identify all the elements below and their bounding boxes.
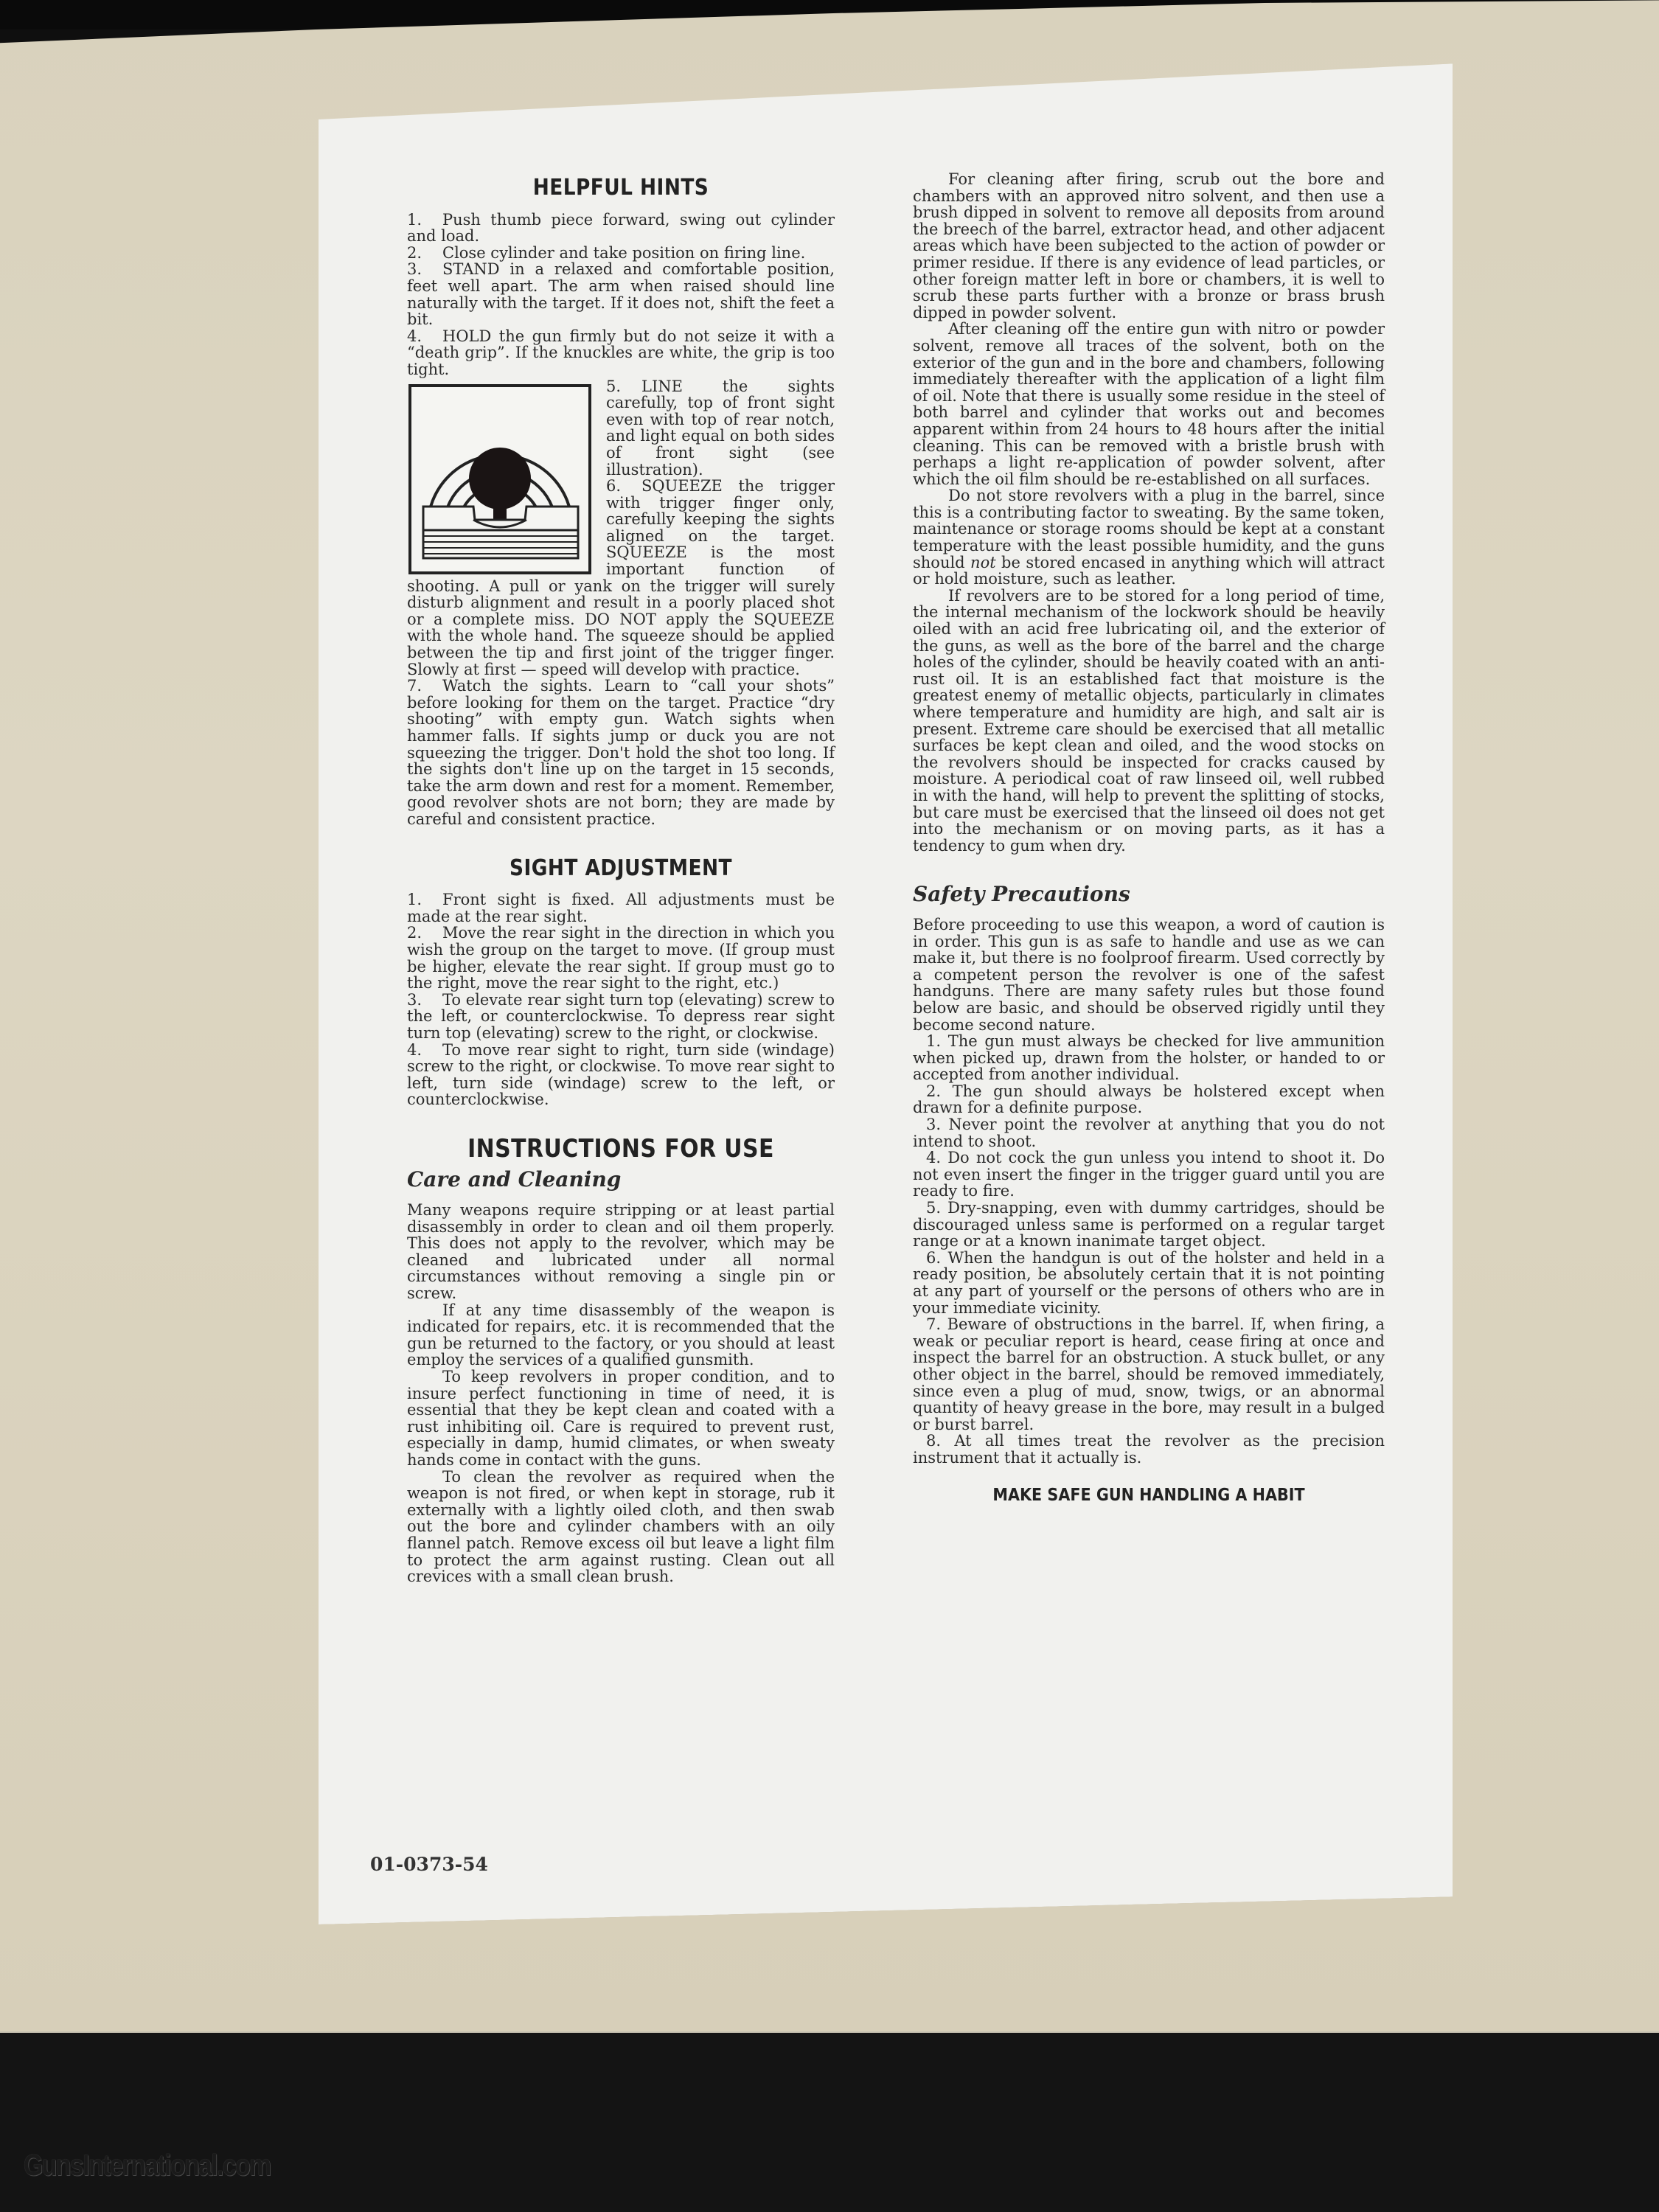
safety-intro: Before proceeding to use this weapon, a … xyxy=(913,917,1385,1033)
dark-background-bottom xyxy=(0,2031,1659,2212)
hint-item: 1.Push thumb piece forward, swing out cy… xyxy=(407,212,835,245)
sight-adjustment-heading: SIGHT ADJUSTMENT xyxy=(433,860,809,877)
hints-with-illustration: 5.LINE the sights carefully, top of fron… xyxy=(407,378,835,678)
safety-motto: MAKE SAFE GUN HANDLING A HABIT xyxy=(936,1487,1361,1504)
care-paragraph: If at any time disassembly of the weapon… xyxy=(407,1302,835,1368)
sight-alignment-illustration-icon xyxy=(407,383,593,576)
form-number: 01-0373-54 xyxy=(370,1854,488,1875)
care-paragraph: Many weapons require stripping or at lea… xyxy=(407,1202,835,1302)
hint-item: 7.Watch the sights. Learn to “call your … xyxy=(407,678,835,827)
safety-item: 6. When the handgun is out of the holste… xyxy=(913,1250,1385,1316)
hint-item: 4.HOLD the gun firmly but do not seize i… xyxy=(407,328,835,378)
emphasis-not: not xyxy=(970,554,996,571)
safety-item: 8. At all times treat the revolver as th… xyxy=(913,1433,1385,1466)
safety-item: 3. Never point the revolver at anything … xyxy=(913,1116,1385,1150)
care-paragraph: To clean the revolver as required when t… xyxy=(407,1469,835,1585)
hint-item: 2.Close cylinder and take position on fi… xyxy=(407,245,835,262)
safety-precautions-subheading: Safety Precautions xyxy=(913,886,1385,903)
safety-item: 2. The gun should always be holstered ex… xyxy=(913,1083,1385,1116)
care-and-cleaning-subheading: Care and Cleaning xyxy=(407,1172,835,1189)
helpful-hints-heading: HELPFUL HINTS xyxy=(433,180,809,197)
long-storage-paragraph: If revolvers are to be stored for a long… xyxy=(913,588,1385,855)
care-paragraph: To keep revolvers in proper condition, a… xyxy=(407,1368,835,1469)
adjustment-item: 2.Move the rear sight in the direction i… xyxy=(407,925,835,991)
instruction-sheet: HELPFUL HINTS 1.Push thumb piece forward… xyxy=(319,63,1453,1924)
cleaning-paragraph: After cleaning off the entire gun with n… xyxy=(913,321,1385,487)
watermark: GunsInternational.com xyxy=(24,2149,271,2183)
safety-item: 4. Do not cock the gun unless you intend… xyxy=(913,1150,1385,1200)
adjustment-item: 4.To move rear sight to right, turn side… xyxy=(407,1042,835,1108)
storage-paragraph: Do not store revolvers with a plug in th… xyxy=(913,487,1385,588)
right-column: For cleaning after firing, scrub out the… xyxy=(913,171,1385,1503)
instructions-for-use-heading: INSTRUCTIONS FOR USE xyxy=(433,1141,809,1158)
cleaning-paragraph: For cleaning after firing, scrub out the… xyxy=(913,171,1385,321)
safety-item: 5. Dry-snapping, even with dummy cartrid… xyxy=(913,1200,1385,1250)
adjustment-item: 3.To elevate rear sight turn top (elevat… xyxy=(407,992,835,1042)
adjustment-item: 1.Front sight is fixed. All adjustments … xyxy=(407,891,835,925)
left-column: HELPFUL HINTS 1.Push thumb piece forward… xyxy=(407,173,835,1585)
safety-item: 7. Beware of obstructions in the barrel.… xyxy=(913,1316,1385,1433)
safety-item: 1. The gun must always be checked for li… xyxy=(913,1033,1385,1083)
hint-item: 3.STAND in a relaxed and comfortable pos… xyxy=(407,261,835,327)
